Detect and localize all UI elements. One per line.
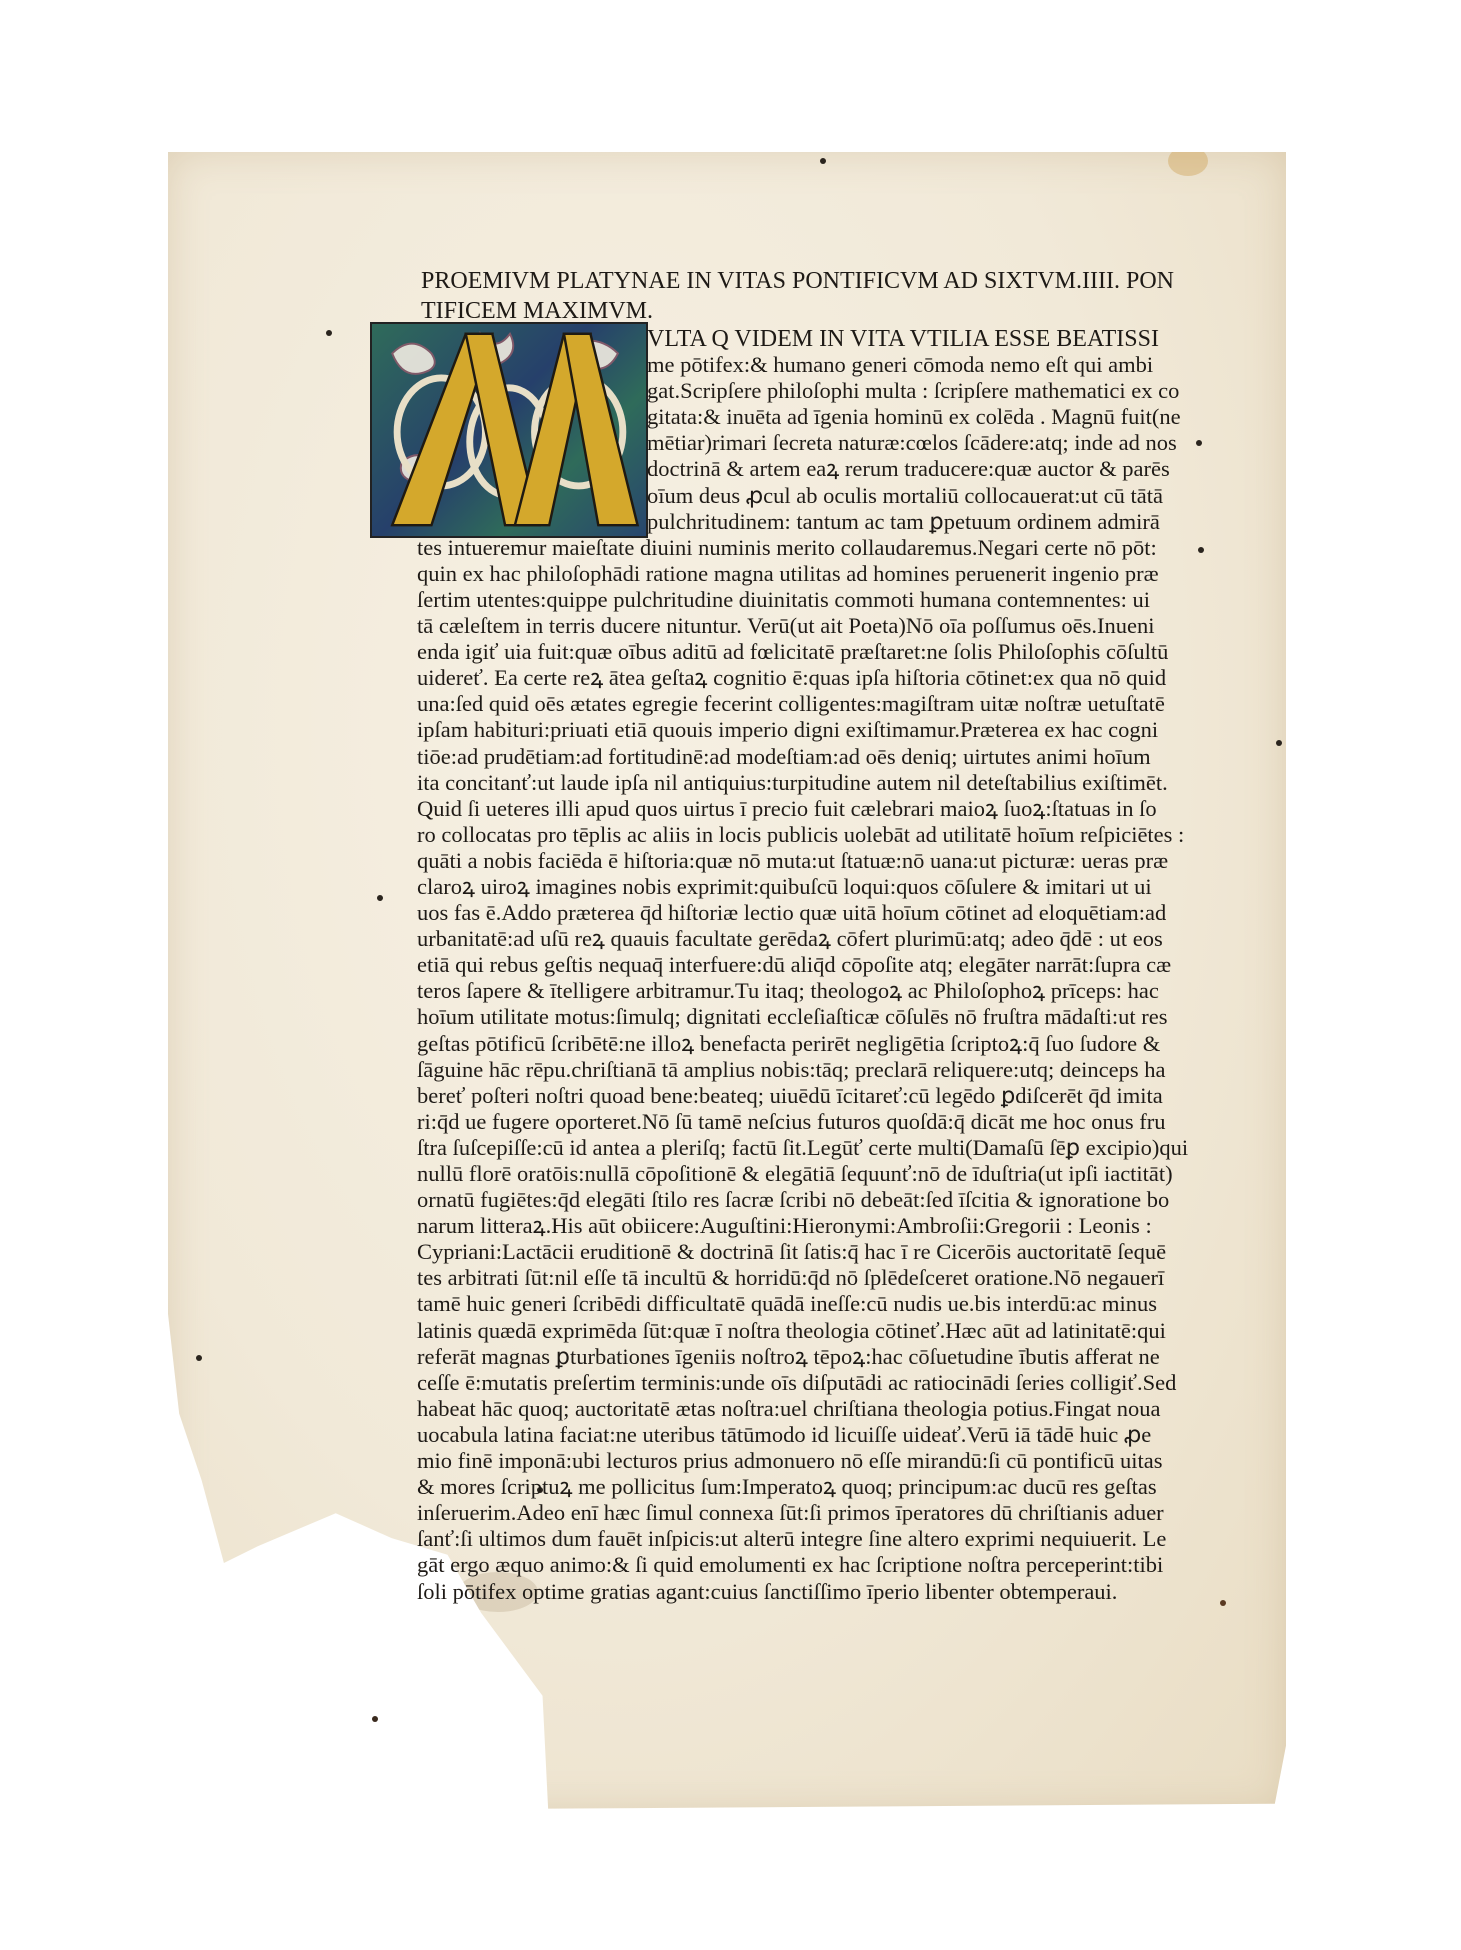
- text-line: narum litteraꝝ.His aūt obiicere:Auguſtin…: [417, 1213, 1207, 1239]
- wormhole: [377, 895, 383, 901]
- text-line: inſeruerim.Adeo enī hæc ſimul connexa ſū…: [417, 1500, 1207, 1526]
- text-line: ſoli pōtifex optime gratias agant:cuius …: [417, 1579, 1207, 1605]
- text-line: ita concitanť:ut laude ipſa nil antiquiu…: [417, 770, 1207, 796]
- text-line: uidereť. Ea certe reꝝ ātea geſtaꝝ cognit…: [417, 665, 1207, 691]
- text-line: me pōtifex:& humano generi cōmoda nemo e…: [417, 352, 1207, 378]
- text-line: ro collocatas pro tēplis ac aliis in loc…: [417, 822, 1207, 848]
- text-line: tiōe:ad prudētiam:ad fortitudinē:ad mode…: [417, 744, 1207, 770]
- text-line: ſanť:ſi ultimos dum fauēt inſpicis:ut al…: [417, 1526, 1207, 1552]
- text-line: ipſam habituri:priuati etiā quouis imper…: [417, 717, 1207, 743]
- text-line: Cypriani:Lactācii eruditionē & doctrinā …: [417, 1239, 1207, 1265]
- text-line: una:ſed quid oēs ætates egregie fecerint…: [417, 691, 1207, 717]
- text-line: quin ex hac philoſophādi ratione magna u…: [417, 561, 1207, 587]
- wormhole: [1276, 740, 1282, 746]
- text-line: pulchritudinem: tantum ac tam ꝑpetuum or…: [417, 509, 1207, 535]
- text-line: & mores ſcriptuꝝ me pollicitus ſum:Imper…: [417, 1474, 1207, 1500]
- text-line: ſertim utentes:quippe pulchritudine diui…: [417, 587, 1207, 613]
- wormhole: [1220, 1600, 1226, 1606]
- text-line: habeat hāc quoq; auctoritatē ætas noſtra…: [417, 1396, 1207, 1422]
- text-line: gat.Scripſere philoſophi multa : ſcripſe…: [417, 378, 1207, 404]
- text-line: referāt magnas ꝑturbationes īgeniis noſt…: [417, 1344, 1207, 1370]
- text-line: tes arbitrati ſūt:nil eſſe tā incultū & …: [417, 1265, 1207, 1291]
- wormhole: [372, 1716, 378, 1722]
- text-line: urbanitatē:ad uſū reꝝ quauis facultate g…: [417, 926, 1207, 952]
- stain: [1168, 146, 1208, 176]
- text-line: tamē huic generi ſcribēdi difficultatē q…: [417, 1291, 1207, 1317]
- text-line: ri:q̄d ue fugere oporteret.Nō ſū tamē ne…: [417, 1109, 1207, 1135]
- text-line: latinis quædā exprimēda ſūt:quæ ī noſtra…: [417, 1318, 1207, 1344]
- text-line: tes intueremur maieſtate diuini numinis …: [417, 535, 1207, 561]
- text-line: VLTA Q VIDEM IN VITA VTILIA ESSE BEATISS…: [417, 326, 1207, 352]
- text-line: doctrinā & artem eaꝝ rerum traducere:quæ…: [417, 456, 1207, 482]
- text-line: mio finē imponā:ubi lecturos prius admon…: [417, 1448, 1207, 1474]
- text-line: uos fas ē.Addo præterea q̄d hiſtoriæ lec…: [417, 900, 1207, 926]
- text-line: nullū florē oratōis:nullā cōpoſitionē & …: [417, 1161, 1207, 1187]
- heading-line-2: TIFICEM MAXIMVM.: [421, 300, 1207, 322]
- text-line: etiā qui rebus geſtis nequaq̄ interfuere…: [417, 952, 1207, 978]
- wormhole: [820, 158, 826, 164]
- wormhole: [326, 330, 332, 336]
- text-line: teros ſapere & ītelligere arbitramur.Tu …: [417, 978, 1207, 1004]
- text-line: ornatū fugiētes:q̄d elegāti ſtilo res ſa…: [417, 1187, 1207, 1213]
- text-line: bereť poſteri noſtri quoad bene:beateq; …: [417, 1083, 1207, 1109]
- text-line: ſāguine hāc rēpu.chriſtianā tā amplius n…: [417, 1057, 1207, 1083]
- text-line: gitata:& inuēta ad īgenia hominū ex colē…: [417, 404, 1207, 430]
- text-line: ſtra ſuſcepiſſe:cū id antea a pleriſq; f…: [417, 1135, 1207, 1161]
- text-line: oīum deus ꝓcul ab oculis mortaliū colloc…: [417, 483, 1207, 509]
- wormhole: [196, 1355, 202, 1361]
- text-line: ceſſe ē:mutatis preſertim terminis:unde …: [417, 1370, 1207, 1396]
- text-line: Quid ſi ueteres illi apud quos uirtus ī …: [417, 796, 1207, 822]
- text-line: tā cæleſtem in terris ducere nituntur. V…: [417, 613, 1207, 639]
- document-body: PROEMIVM PLATYNAE IN VITAS PONTIFICVM AD…: [417, 270, 1207, 1605]
- text-line: mētiar)rimari ſecreta naturæ:cœlos ſcāde…: [417, 430, 1207, 456]
- heading-line-1: PROEMIVM PLATYNAE IN VITAS PONTIFICVM AD…: [421, 270, 1207, 292]
- text-line: quāti a nobis faciēda ē hiſtoria:quæ nō …: [417, 848, 1207, 874]
- text-line: hoīum utilitate motus:ſimulq; dignitati …: [417, 1004, 1207, 1030]
- text-line: enda igiť uia fuit:quæ oībus aditū ad fœ…: [417, 639, 1207, 665]
- text-line: claroꝝ uiroꝝ imagines nobis exprimit:qui…: [417, 874, 1207, 900]
- text-line: uocabula latina faciat:ne uteribus tātūm…: [417, 1422, 1207, 1448]
- text-line: geſtas pōtificū ſcribētē:ne illoꝝ benefa…: [417, 1031, 1207, 1057]
- text-line: gāt ergo æquo animo:& ſi quid emolumenti…: [417, 1552, 1207, 1578]
